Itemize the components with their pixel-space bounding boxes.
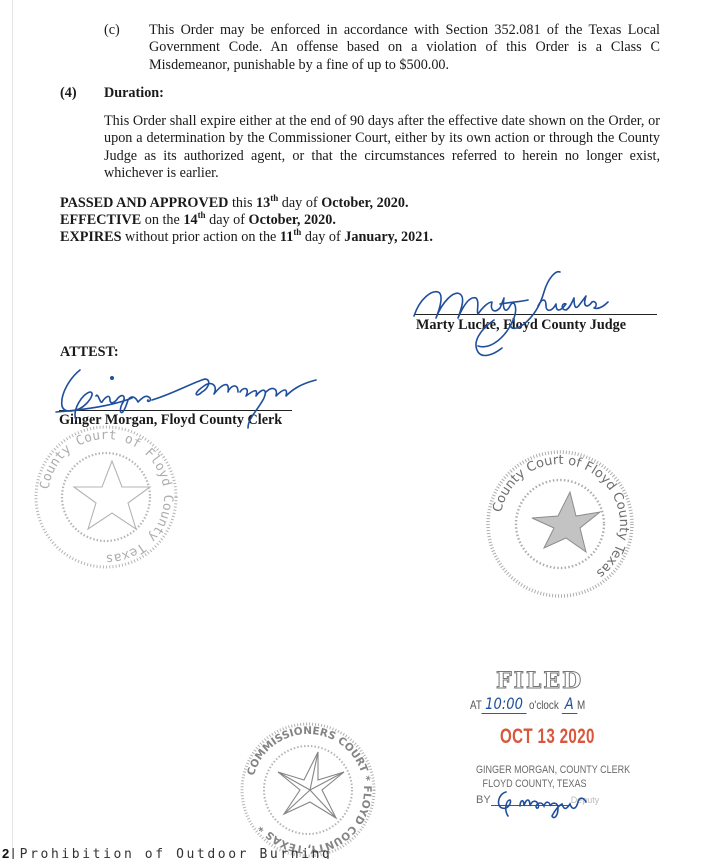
svg-text:County Court of Floyd County T: County Court of Floyd County Texas [38,428,176,566]
expires-line: EXPIRES without prior action on the 11th… [60,229,433,246]
filed-title: FILED [496,668,583,694]
page-footer: 2|Prohibition of Outdoor Burning [2,846,332,859]
effective-label: EFFECTIVE [60,212,141,228]
footer-title: Prohibition of Outdoor Burning [20,847,333,859]
section-4-number: (4) [60,85,77,102]
passed-line: PASSED AND APPROVED this 13th day of Oct… [60,195,409,212]
passed-label: PASSED AND APPROVED [60,195,228,211]
item-c-text: This Order may be enforced in accordance… [149,22,660,74]
item-c-label: (c) [104,22,120,39]
expires-label: EXPIRES [60,229,122,245]
filed-time: 10:00 [482,694,526,714]
county-court-seal-left: County Court of Floyd County Texas [10,425,190,575]
filed-time-line: AT10:00 o'clock AM [470,694,585,713]
section-4-text: This Order shall expire either at the en… [104,113,660,183]
section-4-heading: Duration: [104,85,164,102]
deputy-signature [492,784,592,824]
filed-date: OCT 13 2020 [500,725,595,749]
judge-signature [410,268,630,363]
filed-meridiem: A [561,694,577,714]
county-court-seal-right: County Court of Floyd County Texas [472,440,652,610]
commissioners-court-seal: COMMISSIONERS COURT * FLOYD COUNTY, TEXA… [226,710,396,859]
